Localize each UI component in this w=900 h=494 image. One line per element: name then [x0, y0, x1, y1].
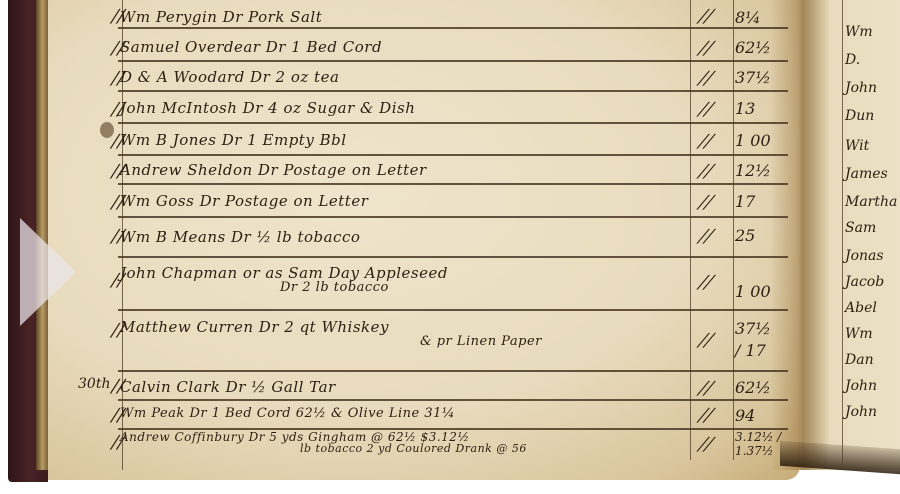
entry-amount: 62½ — [735, 38, 795, 57]
row-rule — [118, 27, 788, 29]
ledger-entry: Andrew Coffinbury Dr 5 yds Gingham @ 62½… — [120, 430, 700, 455]
ledger-photo: // Wm Perygin Dr Pork Salt // 8¼ // Samu… — [0, 0, 900, 494]
entry-text: Wm Goss Dr Postage on Letter — [120, 192, 368, 210]
entry-amount: 37½ — [735, 68, 795, 87]
ledger-entry: Matthew Curren Dr 2 qt Whiskey& pr Linen… — [120, 318, 700, 349]
right-page-entry: John — [845, 404, 877, 420]
right-page-entry: D. — [845, 52, 860, 68]
right-page-entry: James — [845, 166, 888, 182]
ledger-entry: Andrew Sheldon Dr Postage on Letter — [120, 161, 700, 179]
row-rule — [118, 90, 788, 92]
entry-amount: 1 00 — [735, 282, 795, 301]
ledger-entry: Calvin Clark Dr ½ Gall Tar — [120, 378, 700, 396]
row-rule — [118, 154, 788, 156]
entry-amount: 12½ — [735, 161, 795, 180]
entry-text: Wm B Jones Dr 1 Empty Bbl — [120, 131, 347, 149]
right-page-entry: Jonas — [845, 248, 884, 264]
ledger-entry: John McIntosh Dr 4 oz Sugar & Dish — [120, 99, 700, 117]
ledger-entry: Wm Goss Dr Postage on Letter — [120, 192, 700, 210]
right-page-entry: Abel — [845, 300, 877, 316]
entry-text: Andrew Sheldon Dr Postage on Letter — [120, 161, 427, 179]
row-rule — [118, 399, 788, 401]
entry-amount: 3.12½ / 1.37½ — [735, 430, 785, 458]
entry-subtext: Dr 2 lb tobacco — [280, 280, 700, 295]
entry-amount: 8¼ — [735, 8, 795, 27]
right-page-entry: Sam — [845, 220, 876, 236]
row-rule — [118, 183, 788, 185]
row-rule — [118, 256, 788, 258]
ledger-entry: D & A Woodard Dr 2 oz tea — [120, 68, 700, 86]
right-page-entry: Jacob — [845, 274, 884, 290]
entry-amount: 17 — [735, 192, 795, 211]
entry-text: John McIntosh Dr 4 oz Sugar & Dish — [120, 99, 415, 117]
right-page-entry: John — [845, 378, 877, 394]
row-rule — [118, 370, 788, 372]
right-page-entry: Wm — [845, 24, 873, 40]
right-page-entry: John — [845, 80, 877, 96]
row-rule — [118, 122, 788, 124]
date-marker: 30th — [78, 376, 110, 392]
row-rule — [118, 309, 788, 311]
entry-subtext: & pr Linen Paper — [420, 334, 700, 349]
entry-amount: 13 — [735, 99, 795, 118]
entry-text: Wm Perygin Dr Pork Salt — [120, 8, 322, 26]
entry-text: Samuel Overdear Dr 1 Bed Cord — [120, 38, 382, 56]
entry-text: Calvin Clark Dr ½ Gall Tar — [120, 378, 336, 396]
row-rule — [118, 60, 788, 62]
right-page-entry: Wm — [845, 326, 873, 342]
ledger-entry: Wm Peak Dr 1 Bed Cord 62½ & Olive Line 3… — [120, 406, 700, 421]
ink-stain — [100, 122, 114, 138]
entry-text: Matthew Curren Dr 2 qt Whiskey — [120, 318, 389, 336]
right-page-entry: Wit — [845, 138, 869, 154]
right-page-entry: Dan — [845, 352, 874, 368]
ledger-entry: Wm Perygin Dr Pork Salt — [120, 8, 700, 26]
column-rule — [842, 0, 843, 470]
right-page-entry: Martha — [845, 194, 897, 210]
ledger-entry: Wm B Means Dr ½ lb tobacco — [120, 228, 700, 246]
entry-text: D & A Woodard Dr 2 oz tea — [120, 68, 339, 86]
entry-amount: 1 00 — [735, 131, 795, 150]
row-rule — [118, 216, 788, 218]
ledger-entry: John Chapman or as Sam Day AppleseedDr 2… — [120, 264, 700, 295]
play-triangle-icon[interactable] — [20, 218, 76, 326]
ledger-entry: Samuel Overdear Dr 1 Bed Cord — [120, 38, 700, 56]
entry-amount: 37½ / 17 — [735, 318, 775, 362]
entry-amount: 94 — [735, 406, 795, 425]
entry-amount: 25 — [735, 226, 795, 245]
entry-amount: 62½ — [735, 378, 795, 397]
entry-text: Wm B Means Dr ½ lb tobacco — [120, 228, 360, 246]
right-page-entry: Dun — [845, 108, 874, 124]
entry-text: Wm Peak Dr 1 Bed Cord 62½ & Olive Line 3… — [120, 406, 455, 421]
entry-subtext: lb tobacco 2 yd Coulored Drank @ 56 — [300, 442, 700, 455]
ledger-entry: Wm B Jones Dr 1 Empty Bbl — [120, 131, 700, 149]
